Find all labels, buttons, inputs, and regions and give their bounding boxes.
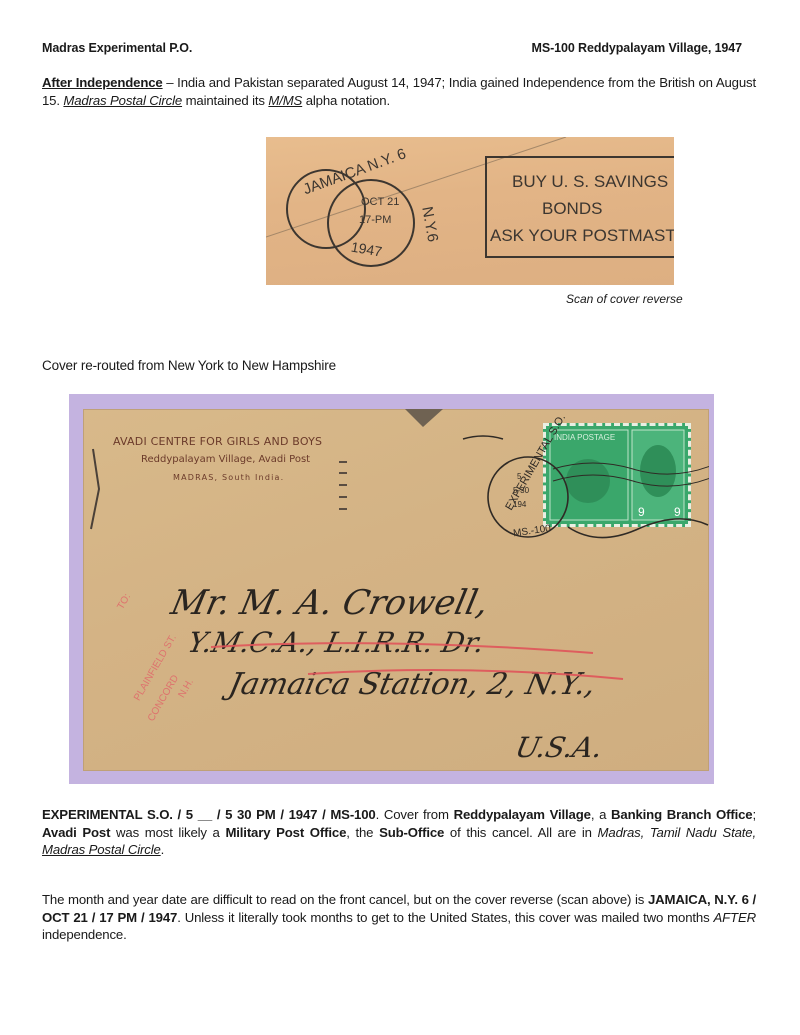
alpha-notation: M/MS (268, 93, 302, 108)
front-cancel-reading: EXPERIMENTAL S.O. / 5 __ / 5 30 PM / 194… (42, 807, 376, 822)
page-header-right: MS-100 Reddypalayam Village, 1947 (532, 41, 742, 55)
svg-text:BONDS: BONDS (542, 199, 602, 218)
svg-text:194: 194 (513, 500, 527, 509)
intro-paragraph: After Independence – India and Pakistan … (42, 74, 756, 109)
svg-text:1947: 1947 (350, 239, 384, 260)
conclusion-paragraph: The month and year date are difficult to… (42, 891, 756, 944)
reroute-note: Cover re-routed from New York to New Ham… (42, 357, 756, 375)
svg-text:N.Y.6: N.Y.6 (418, 205, 441, 243)
scan-caption: Scan of cover reverse (566, 292, 683, 306)
cover-envelope: AVADI CENTRE FOR GIRLS AND BOYS Reddypal… (83, 409, 709, 771)
svg-text:BUY U. S. SAVINGS: BUY U. S. SAVINGS (512, 172, 668, 191)
intro-heading: After Independence (42, 75, 163, 90)
reverse-postmark-graphic: JAMAICA N.Y. 6 OCT 21 17-PM 1947 N.Y.6 B… (266, 137, 674, 285)
svg-text:17-PM: 17-PM (359, 214, 391, 226)
svg-text:OCT 21: OCT 21 (361, 196, 399, 208)
cover-markings: EXPERIMENTAL S.O. MS.-100 5 5-30 194 Mr.… (83, 409, 709, 771)
page-header-left: Madras Experimental P.O. (42, 41, 192, 55)
svg-text:5: 5 (517, 472, 522, 481)
svg-text:5-30: 5-30 (513, 486, 530, 495)
cover-description: EXPERIMENTAL S.O. / 5 __ / 5 30 PM / 194… (42, 806, 756, 859)
postal-circle: Madras Postal Circle (63, 93, 182, 108)
cover-reverse-scan: JAMAICA N.Y. 6 OCT 21 17-PM 1947 N.Y.6 B… (266, 137, 674, 285)
svg-text:EXPERIMENTAL S.O.: EXPERIMENTAL S.O. (503, 412, 568, 512)
svg-text:Mr. M. A. Crowell,: Mr. M. A. Crowell, (167, 583, 492, 623)
svg-text:U.S.A.: U.S.A. (513, 731, 606, 764)
svg-text:ASK YOUR POSTMASTER: ASK YOUR POSTMASTER (490, 226, 674, 245)
svg-text:TO:: TO: (115, 592, 133, 612)
